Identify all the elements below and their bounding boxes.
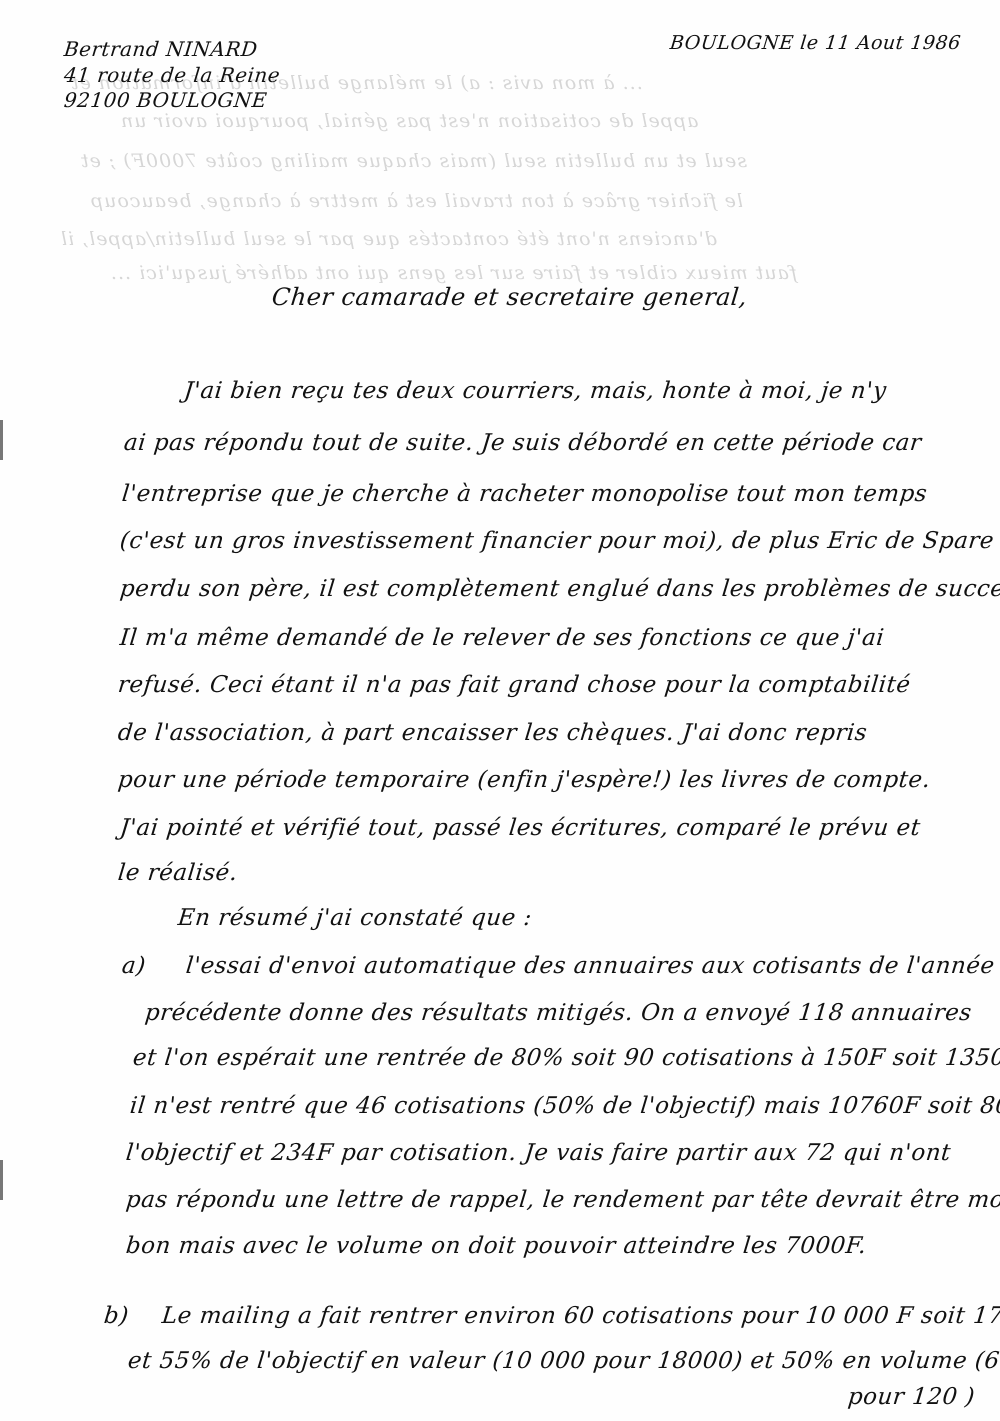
point-line: l'objectif et 234F par cotisation. Je va… — [125, 1140, 953, 1166]
point-line: pas répondu une lettre de rappel, le ren… — [125, 1187, 1000, 1213]
sender-street: 41 route de la Reine — [63, 64, 282, 87]
bleed-through-line: le fichier grâce à ton travail est à met… — [90, 190, 743, 212]
body-line: refusé. Ceci étant il n'a pas fait grand… — [117, 672, 912, 698]
bleed-through-line: seul et un bulletin seul (mais chaque ma… — [80, 150, 747, 172]
point-line: précédente donne des résultats mitigés. … — [144, 1000, 973, 1026]
body-line: J'ai bien reçu tes deux courriers, mais,… — [183, 378, 888, 404]
body-line: le réalisé. — [117, 860, 239, 886]
bleed-through-line: d'anciens n'ont été contactés que par le… — [60, 228, 717, 250]
summary-intro: En résumé j'ai constaté que : — [177, 905, 534, 931]
bleed-through-line: faut mieux cibler et faire sur les gens … — [110, 262, 797, 284]
body-line: pour une période temporaire (enfin j'esp… — [117, 767, 932, 793]
body-line: Il m'a même demandé de le relever de ses… — [119, 625, 886, 651]
body-line: ai pas répondu tout de suite. Je suis dé… — [123, 430, 923, 456]
sender-city: 92100 BOULOGNE — [63, 89, 268, 112]
scan-edge-mark — [0, 420, 3, 460]
point-line: il n'est rentré que 46 cotisations (50% … — [129, 1093, 1000, 1119]
scan-edge-mark — [0, 1160, 3, 1200]
point-line: bon mais avec le volume on doit pouvoir … — [125, 1233, 868, 1259]
sender-name: Bertrand NINARD — [63, 38, 259, 61]
point-marker: b) — [103, 1303, 130, 1329]
body-line: perdu son père, il est complètement engl… — [119, 576, 1000, 602]
point-line: et 55% de l'objectif en valeur (10 000 p… — [127, 1348, 1000, 1374]
body-line: l'entreprise que je cherche à racheter m… — [121, 481, 929, 507]
point-marker: a) — [121, 953, 147, 979]
bleed-through-line: appel de cotisation n'est pas génial, po… — [120, 110, 698, 132]
point-line: et l'on espérait une rentrée de 80% soit… — [132, 1045, 1000, 1071]
letter-page: ... à mon avis : a) le mélange bulletin … — [0, 0, 1000, 1421]
body-line: (c'est un gros investissement financier … — [119, 528, 1000, 554]
body-line: J'ai pointé et vérifié tout, passé les é… — [119, 815, 922, 841]
date-line: BOULOGNE le 11 Aout 1986 — [669, 32, 962, 54]
point-line: l'essai d'envoi automatique des annuaire… — [185, 953, 996, 979]
body-line: de l'association, à part encaisser les c… — [117, 720, 869, 746]
salutation: Cher camarade et secretaire general, — [271, 283, 749, 311]
point-line: Le mailing a fait rentrer environ 60 cot… — [161, 1303, 1000, 1329]
point-line: pour 120 ) — [847, 1384, 977, 1410]
